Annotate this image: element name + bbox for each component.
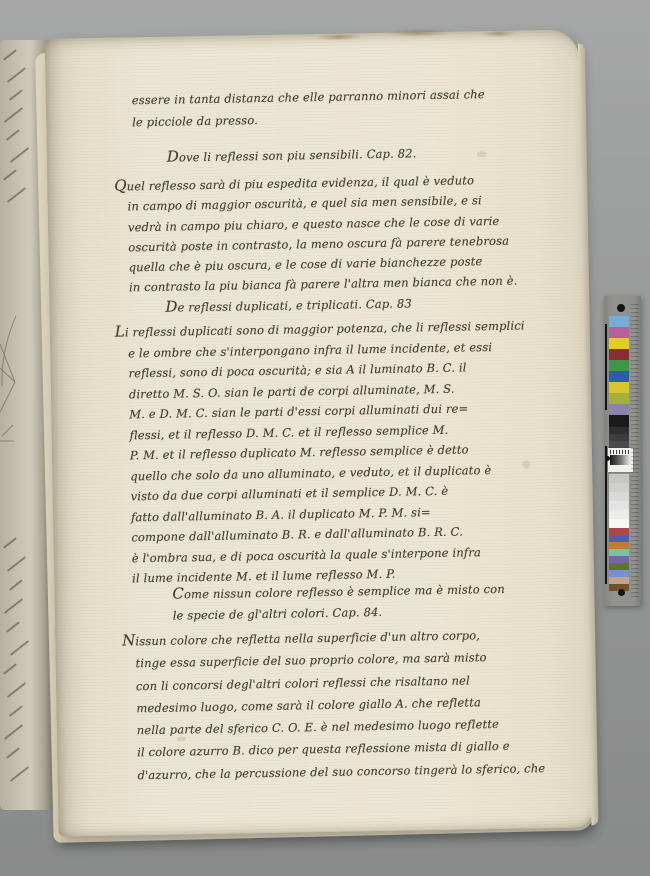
heading-chapter-83: De reflessi duplicati, e triplicati. Cap… — [165, 292, 412, 318]
color-patch-black-patch — [609, 415, 629, 427]
faint-handwriting-fragment — [6, 621, 20, 633]
mini-step-wedge — [610, 455, 631, 465]
faint-handwriting-fragment — [10, 640, 29, 656]
registration-dot-icon — [618, 589, 625, 596]
faint-handwriting-fragment — [9, 89, 23, 101]
faint-handwriting-fragment — [7, 67, 26, 83]
bar-micro-text — [631, 304, 639, 598]
manuscript-line: De reflessi duplicati, e triplicati. Cap… — [165, 292, 412, 318]
color-patch-top-colors — [609, 327, 629, 338]
mini-grayscale-label — [608, 448, 633, 472]
color-patch-bottom-colors — [609, 549, 629, 556]
color-patch-bottom-colors — [609, 570, 629, 577]
color-patch-dark-steps — [609, 434, 629, 441]
color-patch-bottom-colors — [609, 563, 629, 570]
color-patch-light-steps — [609, 510, 629, 519]
faint-handwriting-fragment — [3, 49, 17, 61]
faint-handwriting-fragment — [6, 747, 20, 759]
faint-handwriting-fragment — [3, 537, 17, 549]
faint-handwriting-fragment — [4, 107, 23, 123]
color-patch-top-colors — [609, 349, 629, 360]
faint-handwriting-fragment — [7, 187, 26, 203]
manuscript: essere in tanta distanza che elle parran… — [45, 29, 593, 836]
faint-handwriting-fragment — [7, 556, 26, 572]
faint-handwriting-fragment — [10, 766, 29, 782]
color-patch-top-colors — [609, 382, 629, 393]
faint-handwriting-fragment — [4, 724, 23, 740]
color-patch-light-steps — [609, 492, 629, 501]
color-patch-bottom-colors — [609, 556, 629, 563]
manuscript-line: le specie de gl'altri colori. Cap. 84. — [173, 600, 506, 627]
manuscript-line: le picciole da presso. — [132, 105, 485, 133]
heading-chapter-82: Dove li reflessi son piu sensibili. Cap.… — [167, 142, 417, 168]
color-patch-light-steps — [609, 474, 629, 483]
color-patch-bottom-colors — [609, 542, 629, 549]
manuscript-line: Dove li reflessi son piu sensibili. Cap.… — [167, 142, 417, 168]
color-patch-top-colors — [609, 360, 629, 371]
heading-chapter-84: Come nissun colore reflesso è semplice m… — [172, 578, 505, 627]
registration-dot-icon — [617, 304, 625, 312]
color-patch-top-colors — [609, 404, 629, 415]
color-patch-top-colors — [609, 393, 629, 404]
faint-handwriting-fragment — [3, 169, 17, 181]
color-patch-light-steps — [609, 501, 629, 510]
marginal-diagram-fragment — [0, 316, 20, 450]
faint-handwriting-fragment — [6, 129, 20, 141]
faint-handwriting-fragment — [7, 682, 26, 698]
faint-handwriting-fragment — [10, 147, 29, 163]
color-patch-bottom-colors — [609, 577, 629, 584]
paragraph-chapter-84: Nissun colore che refletta nella superfi… — [135, 622, 546, 786]
color-patch-light-steps — [609, 483, 629, 492]
color-patch-top-colors — [609, 316, 629, 327]
manuscript-page: essere in tanta distanza che elle parran… — [45, 29, 593, 836]
color-patch-top-colors — [609, 371, 629, 382]
faint-handwriting-fragment — [9, 705, 23, 717]
color-patch-light-steps — [609, 519, 629, 528]
manuscript-photo-stage: essere in tanta distanza che elle parran… — [0, 0, 650, 876]
color-patch-top-colors — [609, 338, 629, 349]
bar-edge-mark — [605, 324, 607, 410]
faint-handwriting-fragment — [9, 579, 23, 591]
color-patch-dark-steps — [609, 427, 629, 434]
faint-handwriting-fragment — [3, 663, 17, 675]
color-calibration-strip — [604, 296, 641, 606]
paragraph-chapter-83: Li reflessi duplicati sono di maggior po… — [128, 314, 530, 588]
faint-handwriting-fragment — [4, 598, 23, 614]
paragraph-chapter-82: Quel reflesso sarà di piu espedita evide… — [127, 169, 518, 299]
color-patch-dark-steps — [609, 441, 629, 448]
color-patch-bottom-colors — [609, 528, 629, 535]
paragraph-chapter-81-end: essere in tanta distanza che elle parran… — [132, 83, 486, 133]
bar-edge-mark — [605, 446, 607, 584]
color-patch-bottom-colors — [609, 535, 629, 542]
micro-number-row — [610, 450, 631, 454]
